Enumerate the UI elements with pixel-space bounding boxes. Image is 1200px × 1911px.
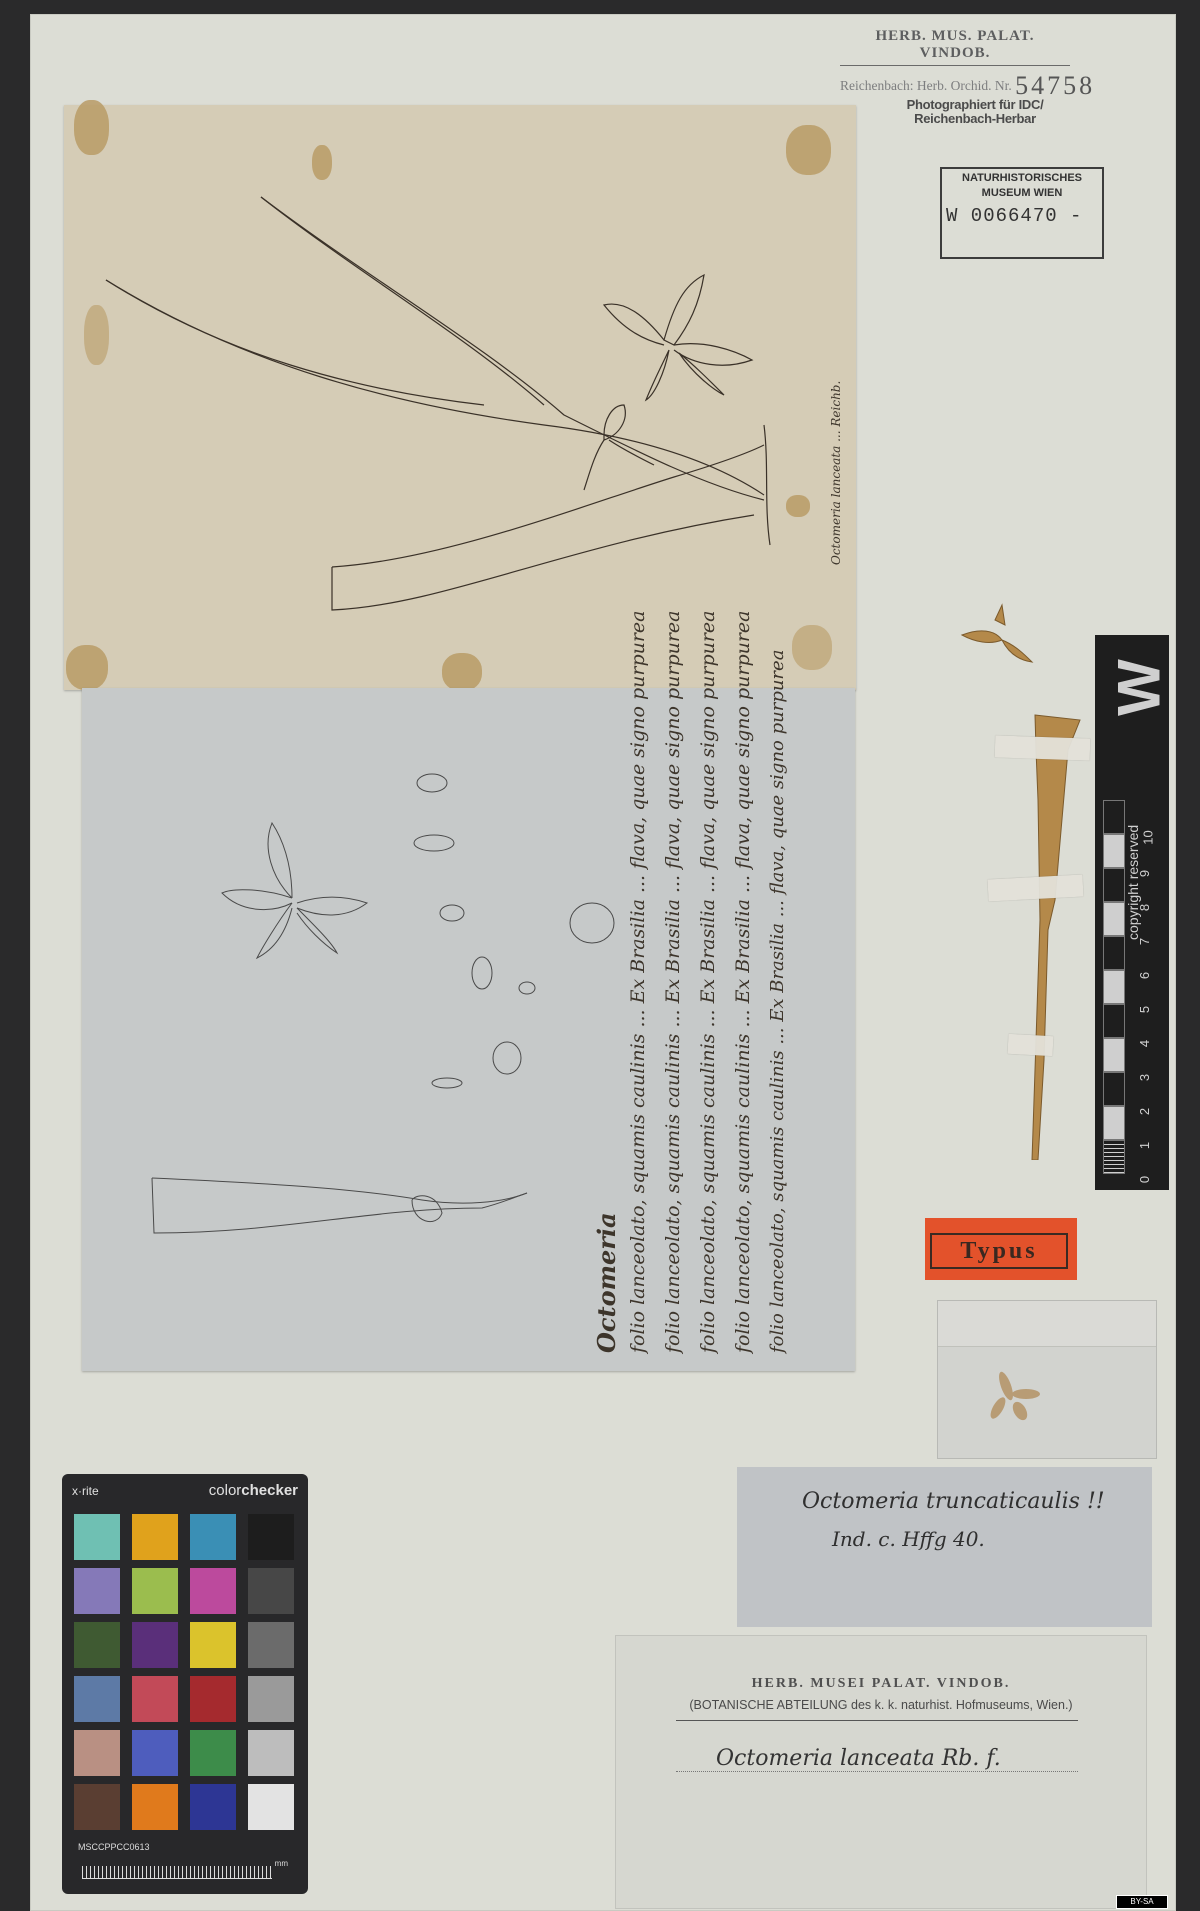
color-swatch — [190, 1568, 236, 1614]
color-swatch — [248, 1676, 294, 1722]
color-swatch — [132, 1784, 178, 1830]
herbarium-stamp: HERB. MUS. PALAT. VINDOB. Reichenbach: H… — [840, 28, 1140, 101]
color-swatch — [132, 1622, 178, 1668]
herbarium-label: HERB. MUSEI PALAT. VINDOB. (BOTANISCHE A… — [615, 1635, 1147, 1909]
color-swatch — [190, 1730, 236, 1776]
label-subheader: (BOTANISCHE ABTEILUNG des k. k. naturhis… — [616, 1698, 1146, 1712]
color-swatch — [74, 1676, 120, 1722]
photo-stamp: Photographiert für IDC/ Reichenbach-Herb… — [900, 98, 1050, 126]
det-line-2: Ind. c. Hffg 40. — [832, 1527, 985, 1551]
color-swatch — [190, 1676, 236, 1722]
color-swatch — [248, 1730, 294, 1776]
color-swatch — [132, 1730, 178, 1776]
color-swatch — [132, 1514, 178, 1560]
color-swatch — [74, 1622, 120, 1668]
color-swatch — [132, 1676, 178, 1722]
flower-fragment — [968, 1356, 1068, 1436]
sketch-paper-top: Octomeria lanceata ... Reichb. — [64, 105, 856, 690]
det-line-1: Octomeria truncaticaulis !! — [802, 1489, 1105, 1514]
accession-number: 54758 — [1015, 71, 1095, 100]
color-checker-card: x·rite colorchecker MSCCPPCC0613 mm — [62, 1474, 308, 1894]
museum-logo: W — [1105, 658, 1174, 718]
determination-label: Octomeria truncaticaulis !! Ind. c. Hffg… — [737, 1467, 1152, 1627]
orchid-sketch-drawing — [64, 105, 856, 690]
color-swatch — [190, 1622, 236, 1668]
fragment-envelope — [937, 1300, 1157, 1459]
label-divider — [676, 1720, 1078, 1721]
label-header: HERB. MUSEI PALAT. VINDOB. — [616, 1676, 1146, 1692]
mm-ruler — [82, 1866, 272, 1879]
color-swatch — [248, 1784, 294, 1830]
type-label: Typus — [925, 1218, 1077, 1280]
xrite-logo: x·rite — [72, 1484, 99, 1498]
colorchecker-logo: colorchecker — [209, 1482, 298, 1499]
taxon-name: Octomeria lanceata Rb. f. — [676, 1746, 1078, 1772]
license-badge: BY-SA — [1116, 1895, 1168, 1909]
color-swatch — [74, 1784, 120, 1830]
ruler-unit: mm — [275, 1859, 288, 1868]
description-title: Octomeria — [592, 1212, 621, 1353]
color-swatch — [248, 1568, 294, 1614]
color-swatch — [132, 1568, 178, 1614]
catalog-number: W 0066470 - — [946, 205, 1102, 227]
stamp-title: HERB. MUS. PALAT. VINDOB. — [840, 28, 1070, 66]
color-swatch — [248, 1622, 294, 1668]
scale-bar: W 0 1 2 3 4 5 6 7 8 9 10 copyright reser… — [1095, 635, 1169, 1190]
color-swatch — [190, 1784, 236, 1830]
color-swatch — [74, 1514, 120, 1560]
color-swatch — [74, 1730, 120, 1776]
latin-description: folio lanceolato, squamis caulinis ... E… — [627, 610, 649, 1353]
color-swatch — [74, 1568, 120, 1614]
envelope-flap — [938, 1301, 1156, 1347]
museum-barcode-stamp: NATURHISTORISCHES MUSEUM WIEN W 0066470 … — [940, 167, 1104, 259]
side-annotation: Octomeria lanceata ... Reichb. — [829, 381, 843, 565]
sketch-paper-bottom: Octomeria folio lanceolato, squamis caul… — [82, 688, 855, 1371]
copyright-text: copyright reserved — [1125, 825, 1141, 940]
color-swatch — [248, 1514, 294, 1560]
serial-number: MSCCPPCC0613 — [78, 1842, 150, 1852]
color-swatch — [190, 1514, 236, 1560]
